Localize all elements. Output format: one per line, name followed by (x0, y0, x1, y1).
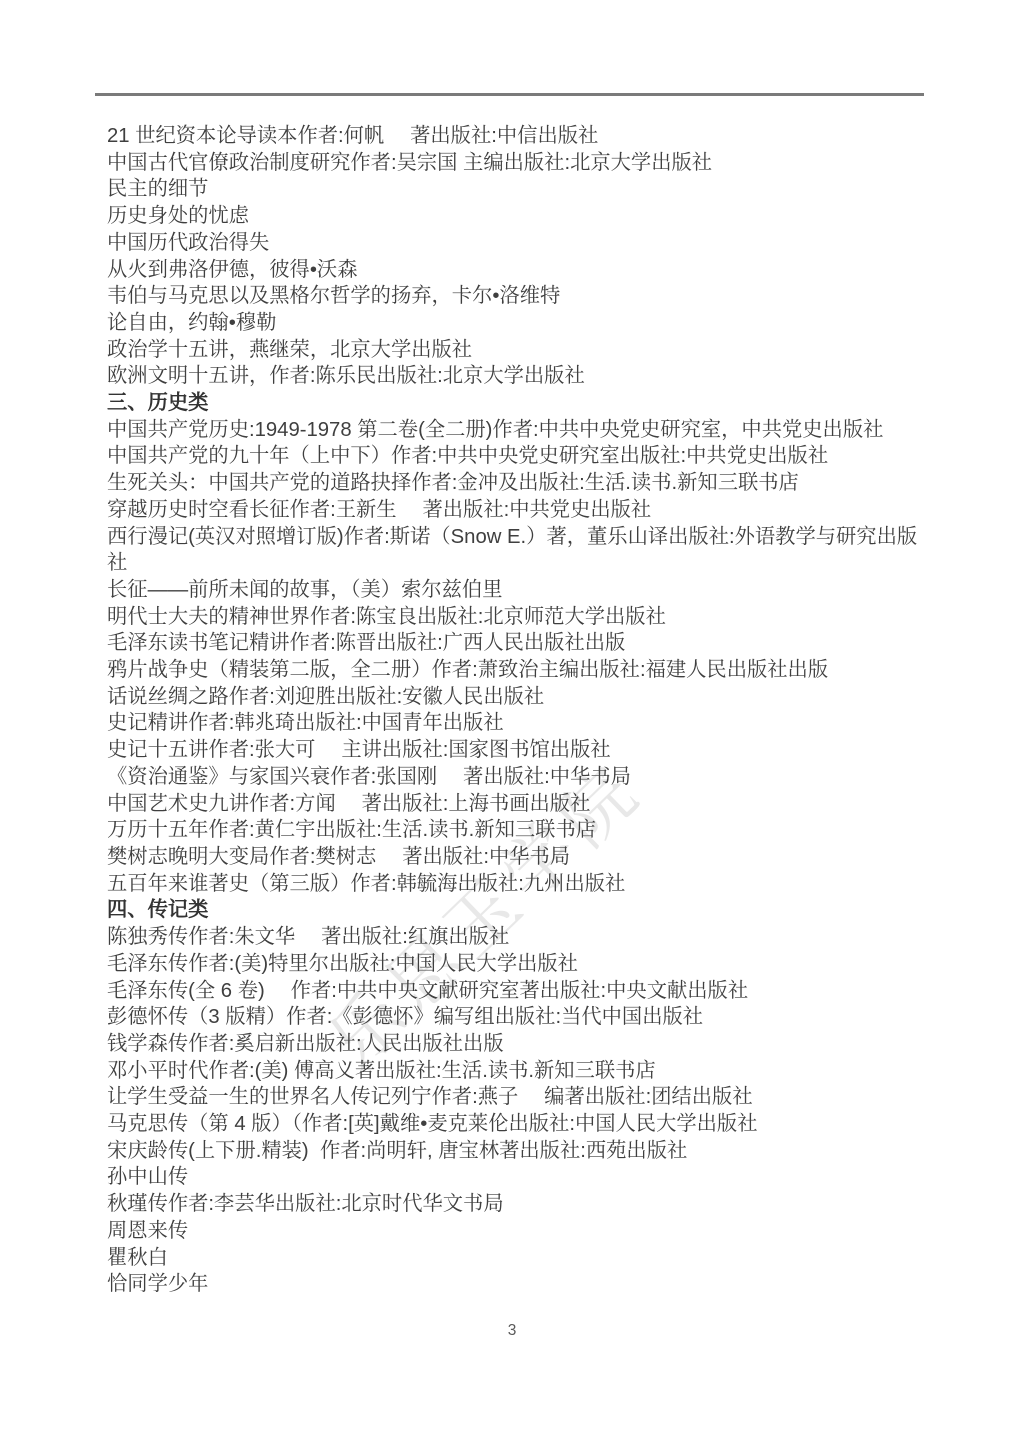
book-entry: 长征——前所未闻的故事，（美）索尔兹伯里 (107, 577, 920, 604)
document-page: 乐思玉学院 21 世纪资本论导读本作者:何帆 著出版社:中信出版社中国古代官僚政… (0, 0, 1024, 1448)
book-entry: 西行漫记(英汉对照增订版)作者:斯诺（Snow E.）著，董乐山译出版社:外语教… (107, 524, 920, 551)
book-entry: 社 (107, 550, 920, 577)
book-entry: 论自由，约翰•穆勒 (107, 310, 920, 337)
book-entry: 明代士大夫的精神世界作者:陈宝良出版社:北京师范大学出版社 (107, 604, 920, 631)
book-entry: 让学生受益一生的世界名人传记列宁作者:燕子 编著出版社:团结出版社 (107, 1084, 920, 1111)
book-entry: 恰同学少年 (107, 1271, 920, 1298)
book-entry: 秋瑾传作者:李芸华出版社:北京时代华文书局 (107, 1191, 920, 1218)
book-entry: 民主的细节 (107, 176, 920, 203)
book-entry: 政治学十五讲，燕继荣，北京大学出版社 (107, 337, 920, 364)
book-entry: 21 世纪资本论导读本作者:何帆 著出版社:中信出版社 (107, 123, 920, 150)
header-rule (95, 93, 924, 96)
book-entry: 陈独秀传作者:朱文华 著出版社:红旗出版社 (107, 924, 920, 951)
book-entry: 毛泽东读书笔记精讲作者:陈晋出版社:广西人民出版社出版 (107, 630, 920, 657)
book-entry: 穿越历史时空看长征作者:王新生 著出版社:中共党史出版社 (107, 497, 920, 524)
book-entry: 《资治通鉴》与家国兴衰作者:张国刚 著出版社:中华书局 (107, 764, 920, 791)
section-heading: 三、历史类 (107, 390, 920, 417)
book-entry: 毛泽东传(全 6 卷) 作者:中共中央文献研究室著出版社:中央文献出版社 (107, 978, 920, 1005)
book-entry: 彭德怀传（3 版精）作者:《彭德怀》编写组出版社:当代中国出版社 (107, 1004, 920, 1031)
book-entry: 万历十五年作者:黄仁宇出版社:生活.读书.新知三联书店 (107, 817, 920, 844)
book-entry: 鸦片战争史（精装第二版，全二册）作者:萧致治主编出版社:福建人民出版社出版 (107, 657, 920, 684)
book-entry: 韦伯与马克思以及黑格尔哲学的扬弃，卡尔•洛维特 (107, 283, 920, 310)
page-number: 3 (0, 1322, 1024, 1340)
book-list: 21 世纪资本论导读本作者:何帆 著出版社:中信出版社中国古代官僚政治制度研究作… (107, 123, 920, 1298)
book-entry: 瞿秋白 (107, 1245, 920, 1272)
book-entry: 钱学森传作者:奚启新出版社:人民出版社出版 (107, 1031, 920, 1058)
section-heading: 四、传记类 (107, 897, 920, 924)
book-entry: 邓小平时代作者:(美) 傅高义著出版社:生活.读书.新知三联书店 (107, 1058, 920, 1085)
book-entry: 史记十五讲作者:张大可 主讲出版社:国家图书馆出版社 (107, 737, 920, 764)
book-entry: 马克思传（第 4 版）（作者:[英]戴维•麦克莱伦出版社:中国人民大学出版社 (107, 1111, 920, 1138)
book-entry: 历史身处的忧虑 (107, 203, 920, 230)
book-entry: 中国历代政治得失 (107, 230, 920, 257)
book-entry: 欧洲文明十五讲，作者:陈乐民出版社:北京大学出版社 (107, 363, 920, 390)
book-entry: 生死关头：中国共产党的道路抉择作者:金冲及出版社:生活.读书.新知三联书店 (107, 470, 920, 497)
book-entry: 五百年来谁著史（第三版）作者:韩毓海出版社:九州出版社 (107, 871, 920, 898)
book-entry: 孙中山传 (107, 1164, 920, 1191)
book-entry: 中国古代官僚政治制度研究作者:吴宗国 主编出版社:北京大学出版社 (107, 150, 920, 177)
book-entry: 中国共产党历史:1949-1978 第二卷(全二册)作者:中共中央党史研究室，中… (107, 417, 920, 444)
book-entry: 史记精讲作者:韩兆琦出版社:中国青年出版社 (107, 710, 920, 737)
book-entry: 周恩来传 (107, 1218, 920, 1245)
book-entry: 中国共产党的九十年（上中下）作者:中共中央党史研究室出版社:中共党史出版社 (107, 443, 920, 470)
book-entry: 话说丝绸之路作者:刘迎胜出版社:安徽人民出版社 (107, 684, 920, 711)
book-entry: 从火到弗洛伊德，彼得•沃森 (107, 257, 920, 284)
book-entry: 中国艺术史九讲作者:方闻 著出版社:上海书画出版社 (107, 791, 920, 818)
book-entry: 宋庆龄传(上下册.精装) 作者:尚明轩, 唐宝林著出版社:西苑出版社 (107, 1138, 920, 1165)
book-entry: 樊树志晚明大变局作者:樊树志 著出版社:中华书局 (107, 844, 920, 871)
book-entry: 毛泽东传作者:(美)特里尔出版社:中国人民大学出版社 (107, 951, 920, 978)
